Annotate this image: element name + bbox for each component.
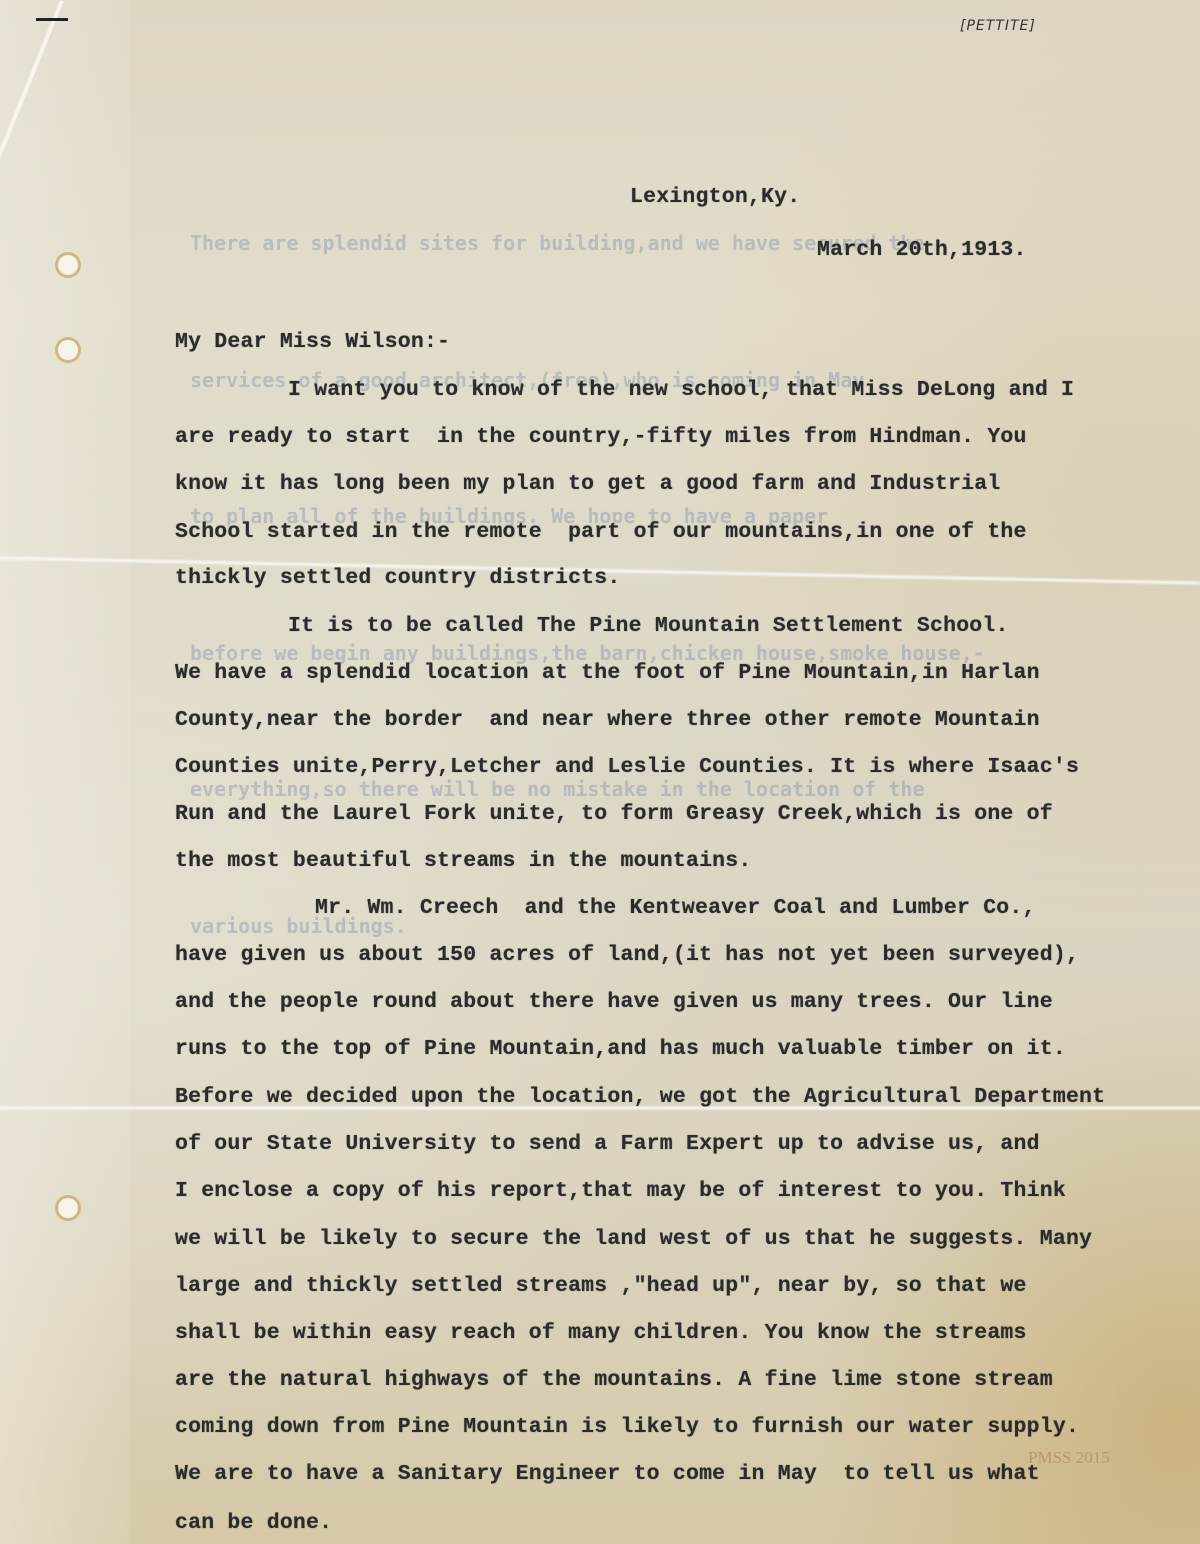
archival-annotation: [PETTITE]	[960, 18, 1036, 34]
letter-line: Mr. Wm. Creech and the Kentweaver Coal a…	[315, 896, 1036, 920]
letter-page: [PETTITE] There are splendid sites for b…	[0, 0, 1200, 1544]
letter-line: It is to be called The Pine Mountain Set…	[288, 614, 1009, 638]
watermark: PMSS 2015	[1028, 1448, 1110, 1468]
letter-line: can be done.	[175, 1511, 332, 1535]
letter-line: thickly settled country districts.	[175, 566, 620, 590]
punch-hole-icon	[58, 340, 78, 360]
letter-line: shall be within easy reach of many child…	[175, 1321, 1027, 1345]
letter-line: have given us about 150 acres of land,(i…	[175, 943, 1079, 967]
letter-line: I want you to know of the new school, th…	[288, 378, 1074, 402]
letter-line: and the people round about there have gi…	[175, 990, 1053, 1014]
letter-place: Lexington,Ky.	[630, 185, 800, 209]
letter-line: County,near the border and near where th…	[175, 708, 1040, 732]
letter-line: I enclose a copy of his report,that may …	[175, 1179, 1066, 1203]
letter-line: are the natural highways of the mountain…	[175, 1368, 1053, 1392]
letter-line: Before we decided upon the location, we …	[175, 1085, 1105, 1109]
letter-line: School started in the remote part of our…	[175, 520, 1027, 544]
letter-line: runs to the top of Pine Mountain,and has…	[175, 1037, 1066, 1061]
margin-mark	[36, 18, 68, 21]
letter-salutation: My Dear Miss Wilson:-	[175, 330, 450, 354]
letter-line: Run and the Laurel Fork unite, to form G…	[175, 802, 1053, 826]
letter-line: coming down from Pine Mountain is likely…	[175, 1415, 1079, 1439]
letter-line: we will be likely to secure the land wes…	[175, 1227, 1092, 1251]
letter-line: know it has long been my plan to get a g…	[175, 472, 1000, 496]
page-left-margin	[0, 0, 130, 1544]
letter-date: March 20th,1913.	[817, 238, 1027, 262]
letter-line: are ready to start in the country,-fifty…	[175, 425, 1027, 449]
letter-line: large and thickly settled streams ,"head…	[175, 1274, 1027, 1298]
letter-line: Counties unite,Perry,Letcher and Leslie …	[175, 755, 1079, 779]
punch-hole-icon	[58, 255, 78, 275]
letter-line: We are to have a Sanitary Engineer to co…	[175, 1462, 1040, 1486]
letter-line: of our State University to send a Farm E…	[175, 1132, 1040, 1156]
letter-line: We have a splendid location at the foot …	[175, 661, 1040, 685]
letter-line: the most beautiful streams in the mounta…	[175, 849, 752, 873]
punch-hole-icon	[58, 1198, 78, 1218]
